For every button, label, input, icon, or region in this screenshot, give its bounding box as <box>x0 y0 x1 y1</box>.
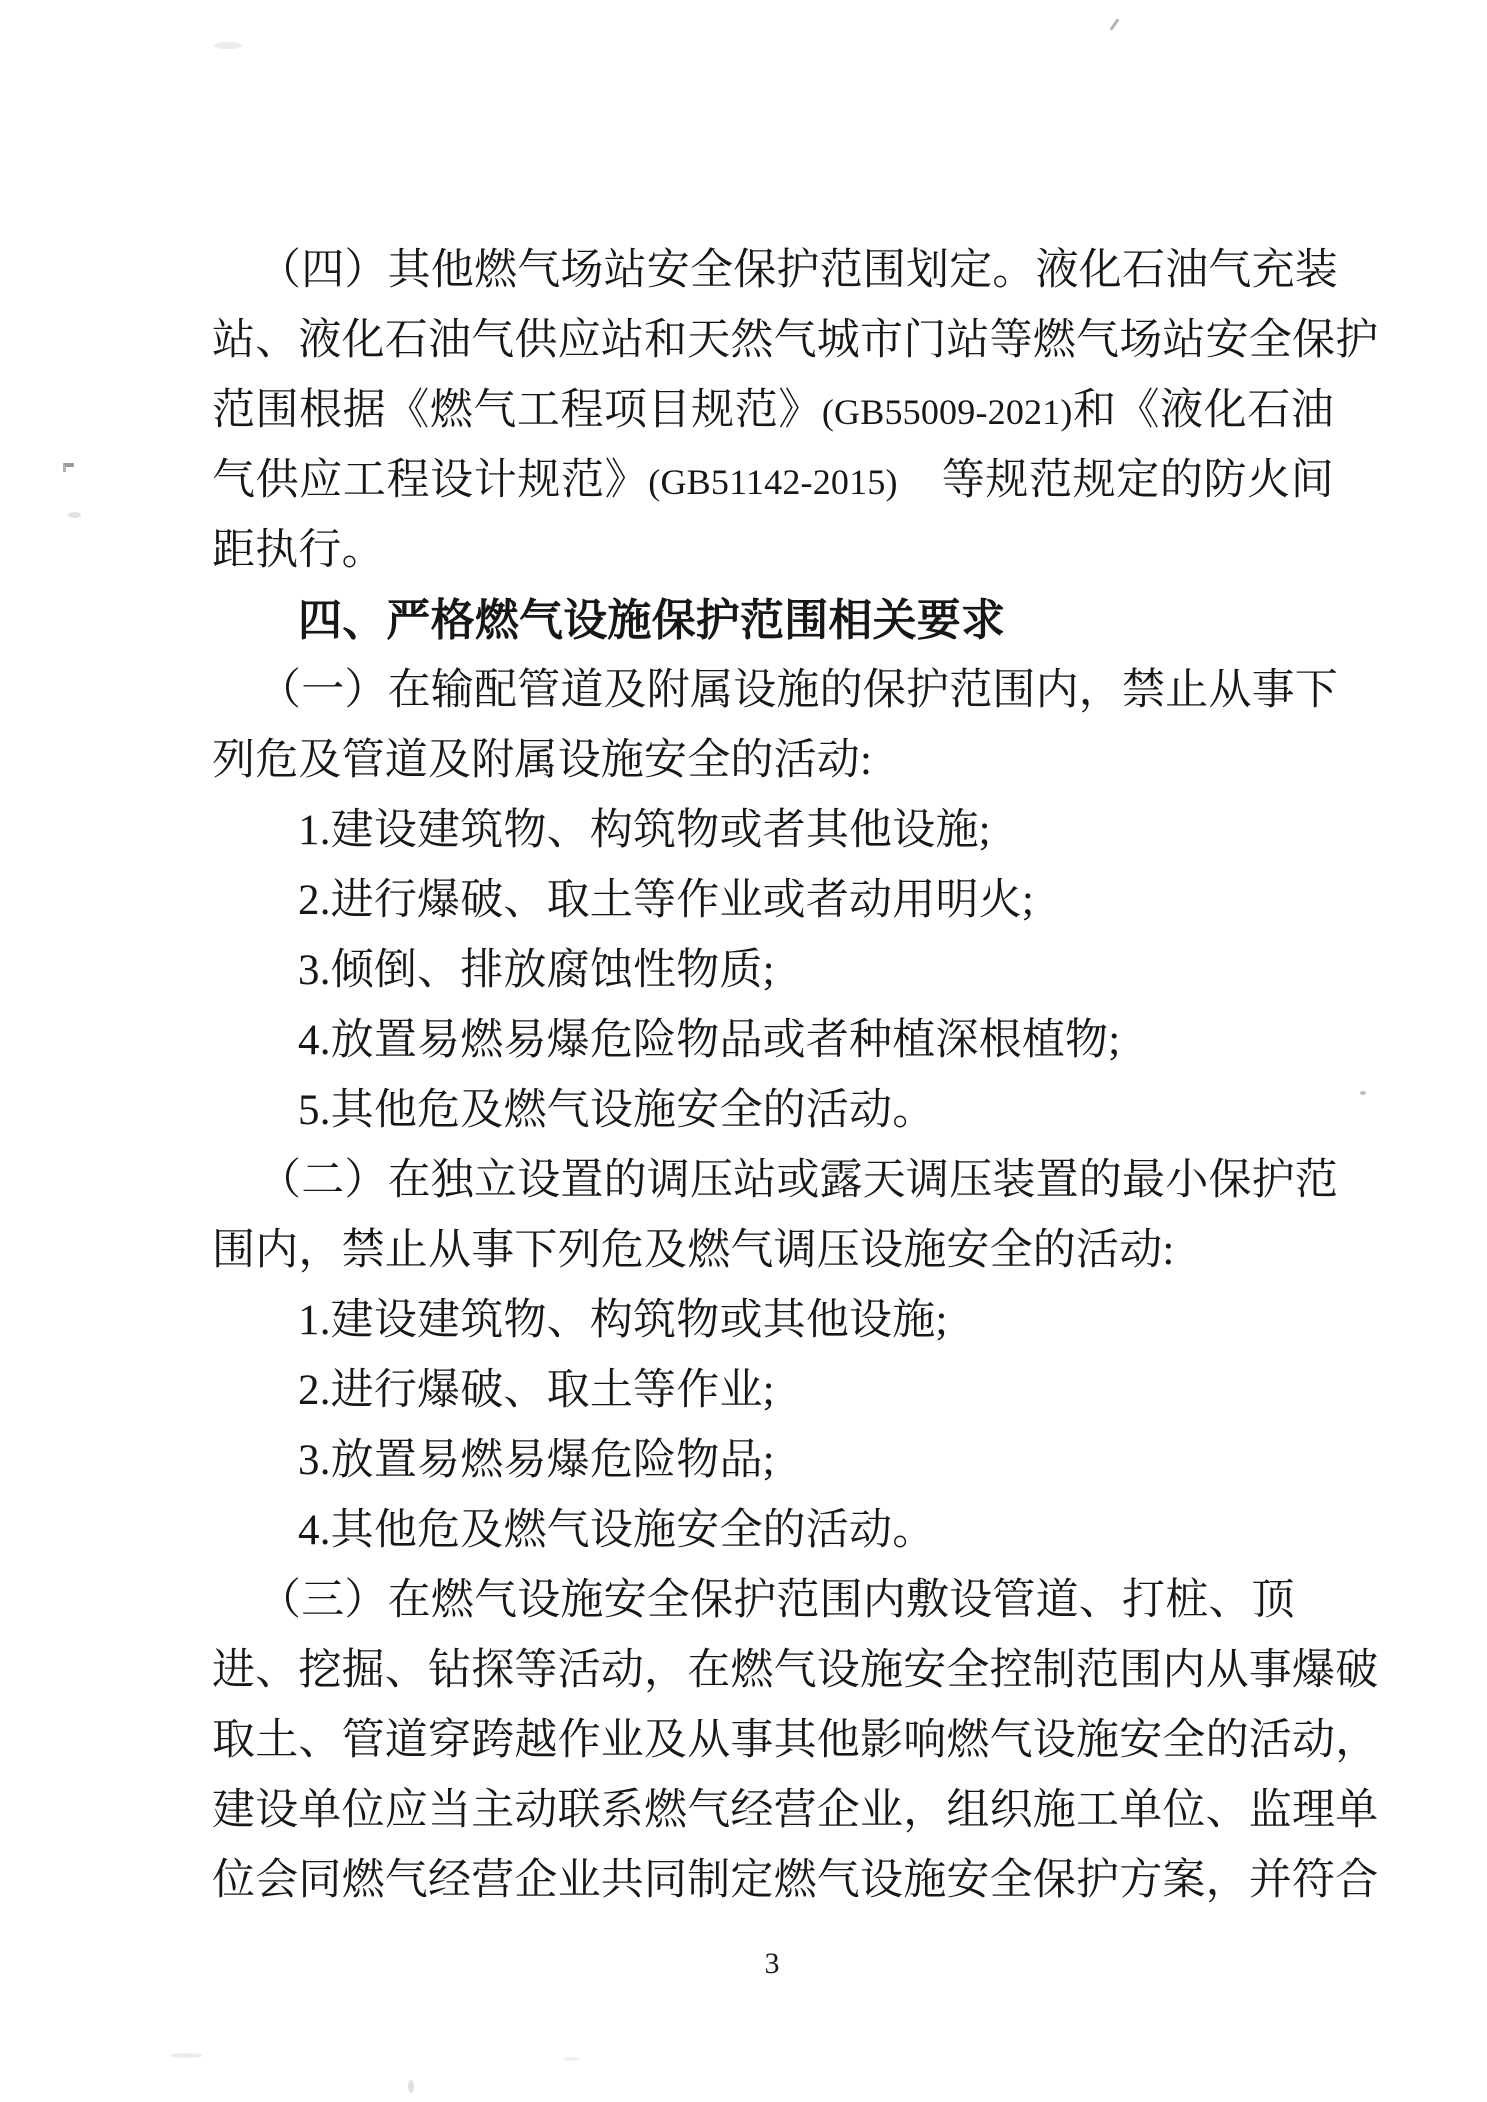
scan-artifact <box>63 465 66 472</box>
scan-artifact <box>1110 18 1120 30</box>
list-item: 1.建设建筑物、构筑物或者其他设施; <box>212 796 1334 866</box>
doc-line: 气供应工程设计规范》(GB51142-2015) 等规范规定的防火间 <box>212 446 1334 516</box>
list-item: 3.倾倒、排放腐蚀性物质; <box>212 936 1334 1006</box>
section-heading: 四、严格燃气设施保护范围相关要求 <box>212 586 1334 656</box>
list-item: 5.其他危及燃气设施安全的活动。 <box>212 1076 1334 1146</box>
doc-line: （二）在独立设置的调压站或露天调压装置的最小保护范 <box>212 1146 1334 1216</box>
doc-line: 建设单位应当主动联系燃气经营企业，组织施工单位、监理单 <box>212 1776 1334 1846</box>
doc-line: 围内，禁止从事下列危及燃气调压设施安全的活动: <box>212 1216 1334 1286</box>
doc-line: 列危及管道及附属设施安全的活动: <box>212 726 1334 796</box>
scan-artifact <box>408 2080 414 2093</box>
list-item: 4.放置易燃易爆危险物品或者种植深根植物; <box>212 1006 1334 1076</box>
doc-text: 气供应工程设计规范》 <box>212 457 648 504</box>
doc-line: 站、液化石油气供应站和天然气城市门站等燃气场站安全保护 <box>212 306 1334 376</box>
doc-line: （一）在输配管道及附属设施的保护范围内，禁止从事下 <box>212 656 1334 726</box>
scan-artifact <box>1360 1091 1366 1095</box>
list-item: 3.放置易燃易爆危险物品; <box>212 1426 1334 1496</box>
scan-artifact <box>562 2057 580 2061</box>
scan-artifact <box>214 42 242 49</box>
list-item: 4.其他危及燃气设施安全的活动。 <box>212 1496 1334 1566</box>
list-item: 2.进行爆破、取土等作业; <box>212 1356 1334 1426</box>
list-item: 1.建设建筑物、构筑物或其他设施; <box>212 1286 1334 1356</box>
scanned-document-page: （四）其他燃气场站安全保护范围划定。液化石油气充装 站、液化石油气供应站和天然气… <box>0 0 1487 2102</box>
scan-artifact <box>170 2053 202 2058</box>
standard-code: (GB55009-2021) <box>822 392 1073 432</box>
doc-text: 和《液化石油 <box>1073 387 1334 434</box>
standard-code: (GB51142-2015) <box>648 462 897 502</box>
doc-line: 距执行。 <box>212 516 1334 586</box>
doc-text: 范围根据《燃气工程项目规范》 <box>212 387 822 434</box>
doc-line: （三）在燃气设施安全保护范围内敷设管道、打桩、顶 <box>212 1566 1334 1636</box>
text-block: （四）其他燃气场站安全保护范围划定。液化石油气充装 站、液化石油气供应站和天然气… <box>212 236 1334 1916</box>
scan-artifact <box>68 512 81 518</box>
doc-line: 进、挖掘、钻探等活动，在燃气设施安全控制范围内从事爆破 <box>212 1636 1334 1706</box>
list-item: 2.进行爆破、取土等作业或者动用明火; <box>212 866 1334 936</box>
doc-line: （四）其他燃气场站安全保护范围划定。液化石油气充装 <box>212 236 1334 306</box>
doc-line: 范围根据《燃气工程项目规范》(GB55009-2021)和《液化石油 <box>212 376 1334 446</box>
doc-line: 位会同燃气经营企业共同制定燃气设施安全保护方案，并符合 <box>212 1846 1334 1916</box>
scan-artifact <box>1346 1861 1351 1865</box>
page-number: 3 <box>752 1948 792 1980</box>
doc-text: 等规范规定的防火间 <box>898 457 1334 504</box>
doc-line: 取土、管道穿跨越作业及从事其他影响燃气设施安全的活动， <box>212 1706 1334 1776</box>
